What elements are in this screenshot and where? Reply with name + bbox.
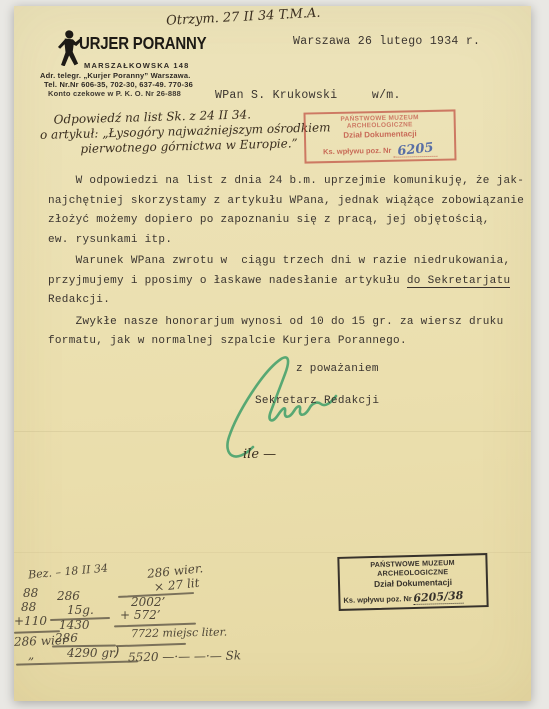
calc-header: Bez. – 18 II 34 — [28, 562, 109, 582]
calc-underline — [116, 643, 186, 647]
addressee-name: WPan S. Krukowski — [215, 89, 337, 102]
stamp-line: Dział Dokumentacji — [309, 129, 451, 141]
letterhead-address: MARSZAŁKOWSKA 148 — [84, 61, 190, 70]
registry-number-ink: 6205/38 — [413, 589, 464, 605]
letterhead-telegraph: Adr. telegr. „Kurjer Poranny” Warszawa. — [40, 71, 190, 80]
paper-crease — [14, 552, 531, 553]
calc-underline — [16, 660, 138, 665]
body-paragraph-2: Warunek WPana zwrotu w ciągu trzech dni … — [48, 252, 526, 311]
body-paragraph-1: W odpowiedzi na list z dnia 24 b.m. uprz… — [48, 172, 526, 250]
calc-number: +110 — [14, 614, 47, 628]
letter-body: W odpowiedzi na list z dnia 24 b.m. uprz… — [48, 172, 526, 352]
calc-number: 88 — [23, 586, 38, 600]
stamp-registry-label: Ks. wpływu poz. Nr — [343, 594, 412, 605]
dateline: Warszawa 26 lutego 1934 r. — [293, 35, 480, 48]
ile-note: ile — — [243, 447, 276, 462]
registry-number-line: 6205 — [393, 141, 437, 158]
underlined-text: do Sekretarjatu — [407, 275, 511, 288]
masthead-title: URJER PORANNY — [79, 34, 206, 54]
stamp-registry-label: Ks. wpływu poz. Nr — [323, 146, 392, 156]
stamp-line: Ks. wpływu poz. Nr 6205 — [309, 141, 451, 160]
calc-number: 286 — [55, 631, 78, 645]
signature-scrawl — [219, 351, 354, 466]
calc-number: 1430 — [59, 618, 90, 632]
calc-result: 5520 —·— —·— Sk — [128, 648, 288, 665]
letterhead: URJER PORANNY MARSZAŁKOWSKA 148 Adr. tel… — [14, 6, 244, 101]
calc-result: 4290 gr. — [67, 646, 117, 660]
calc-number: 15g. — [67, 603, 94, 617]
letterhead-phones: Tel. Nr.Nr 606-35, 702-30, 637-49. 770-3… — [44, 80, 193, 89]
stamp-line: Ks. wpływu poz. Nr 6205/38 — [343, 589, 483, 607]
addressee-suffix: w/m. — [342, 89, 401, 102]
registry-number-ink: 6205 — [397, 140, 435, 159]
calc-number: 88 — [21, 600, 36, 614]
scanned-letter: Otrzym. 27 II 34 T.M.A. URJER PORANNY MA… — [0, 0, 549, 709]
museum-stamp-red: PAŃSTWOWE MUZEUM ARCHEOLOGICZNE Dział Do… — [303, 109, 456, 163]
calc-number: 286 — [57, 589, 80, 603]
museum-stamp-black: PAŃSTWOWE MUZEUM ARCHEOLOGICZNE Dział Do… — [337, 553, 488, 611]
body-paragraph-3: Zwykłe nasze honorarjum wynosi od 10 do … — [48, 313, 526, 352]
calc-result: 7722 miejsc liter. — [131, 625, 271, 640]
body-text: Redakcji. — [48, 294, 110, 306]
calculations: Bez. – 18 II 34 88 88 +110 286 wier „ 28… — [14, 556, 294, 686]
calc-number: 2002’ — [131, 595, 165, 609]
addressee-row: WPan S. Krukowski w/m. — [215, 85, 401, 103]
runner-k-icon — [54, 29, 81, 66]
calc-ditto: „ — [28, 648, 34, 662]
closing-role: Sekretarz Redakcji — [255, 395, 379, 407]
stamp-line: PAŃSTWOWE MUZEUM ARCHEOLOGICZNE — [309, 114, 451, 131]
letterhead-account: Konto czekowe w P. K. O. Nr 26-888 — [48, 89, 181, 98]
letter-paper: Otrzym. 27 II 34 T.M.A. URJER PORANNY MA… — [14, 6, 531, 701]
registry-number-line: 6205/38 — [414, 590, 464, 605]
stamp-line: PAŃSTWOWE MUZEUM ARCHEOLOGICZNE — [342, 557, 482, 579]
handwritten-annotation: Odpowiedź na list Sk. z 24 II 34. o arty… — [39, 105, 340, 158]
calc-number: + 572’ — [120, 608, 161, 622]
